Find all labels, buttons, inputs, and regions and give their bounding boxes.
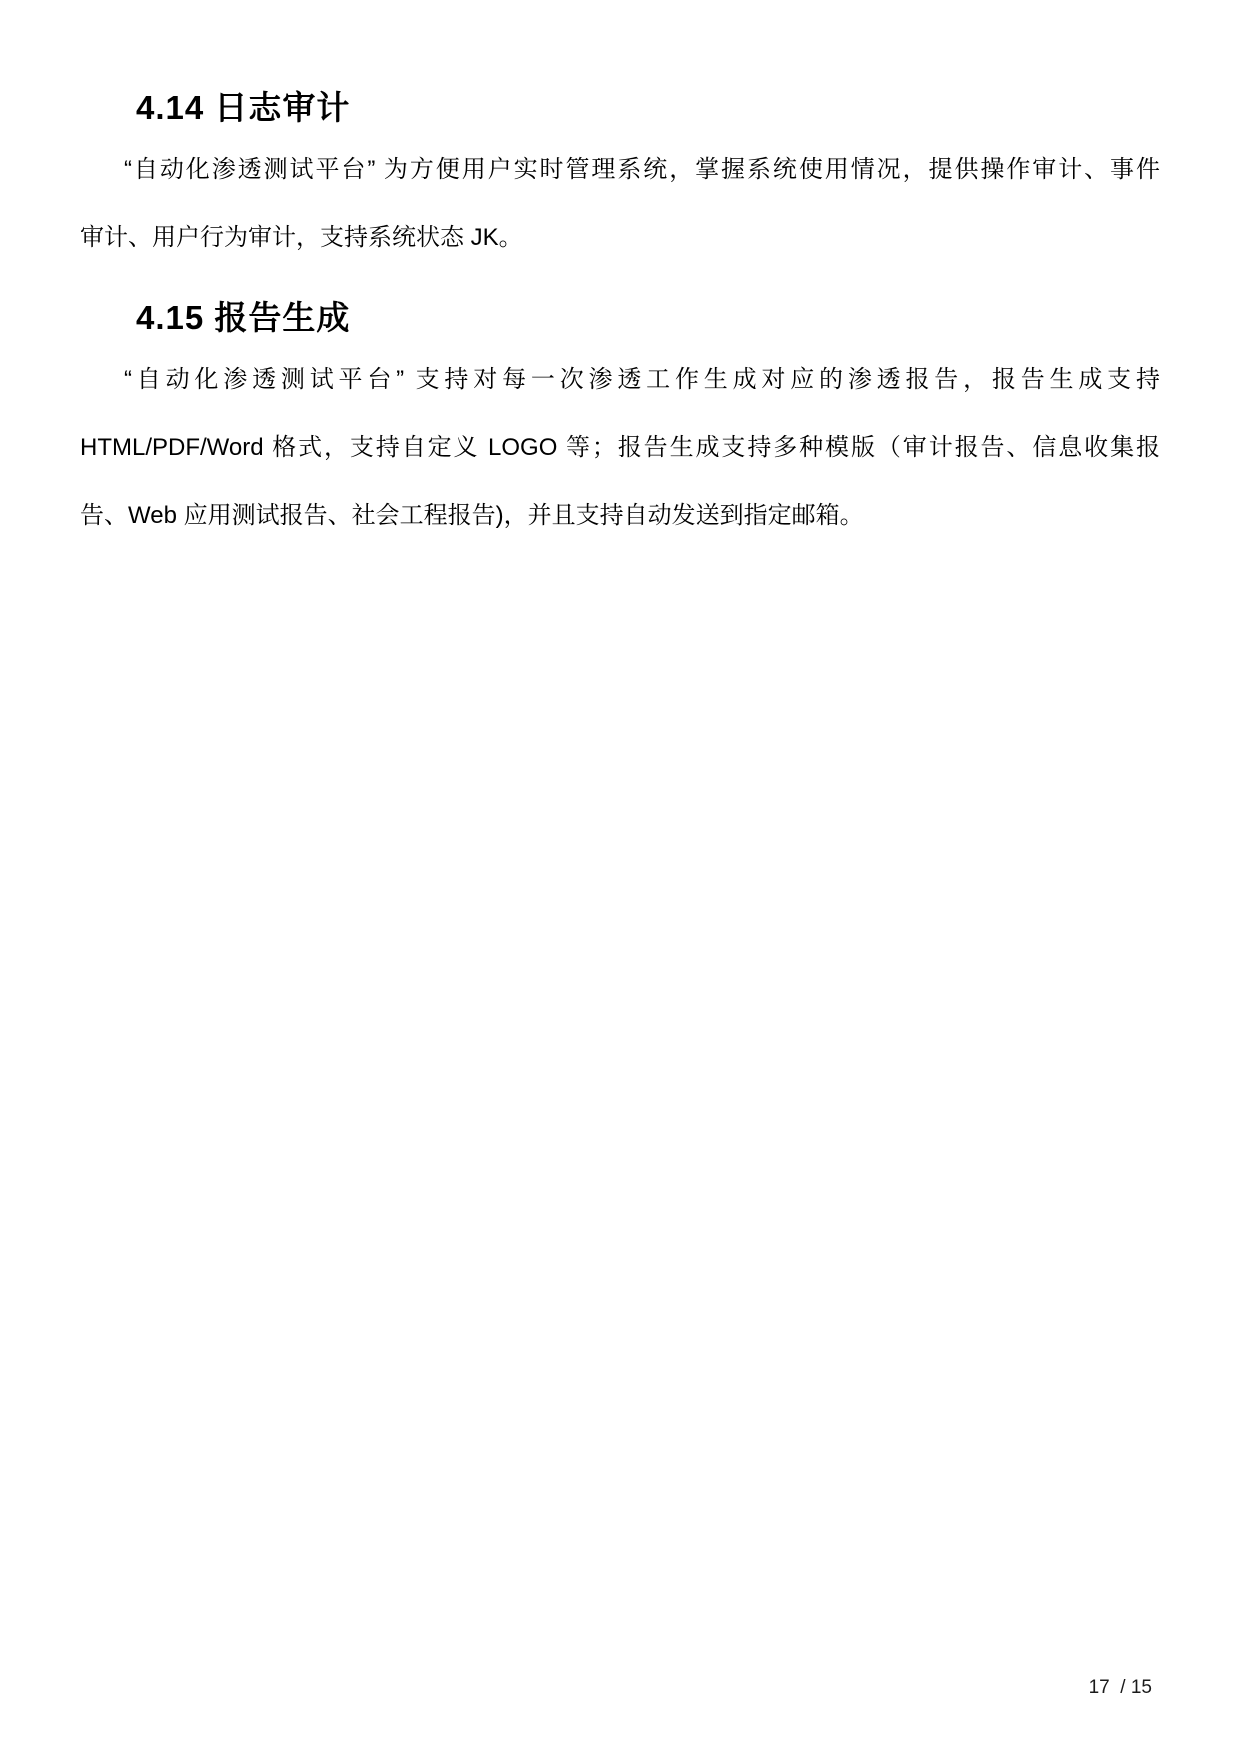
paragraph-line: HTML/PDF/Word 格式，支持自定义 LOGO 等；报告生成支持多种模版… [80, 414, 1160, 482]
section-heading: 4.14 日志审计 [80, 88, 1160, 128]
document-content: 4.14 日志审计“自动化渗透测试平台” 为方便用户实时管理系统，掌握系统使用情… [0, 0, 1240, 550]
paragraph-line: 审计、用户行为审计，支持系统状态 JK。 [80, 204, 1160, 272]
document-page: 4.14 日志审计“自动化渗透测试平台” 为方便用户实时管理系统，掌握系统使用情… [0, 0, 1240, 1754]
paragraph-line: 告、Web 应用测试报告、社会工程报告)，并且支持自动发送到指定邮箱。 [80, 482, 1160, 550]
paragraph-line: “自动化渗透测试平台” 为方便用户实时管理系统，掌握系统使用情况，提供操作审计、… [80, 136, 1160, 204]
page-number-indicator: 17 / 15 [1089, 1676, 1152, 1700]
section-heading: 4.15 报告生成 [80, 298, 1160, 338]
paragraph-line: “自动化渗透测试平台” 支持对每一次渗透工作生成对应的渗透报告，报告生成支持 [80, 346, 1160, 414]
